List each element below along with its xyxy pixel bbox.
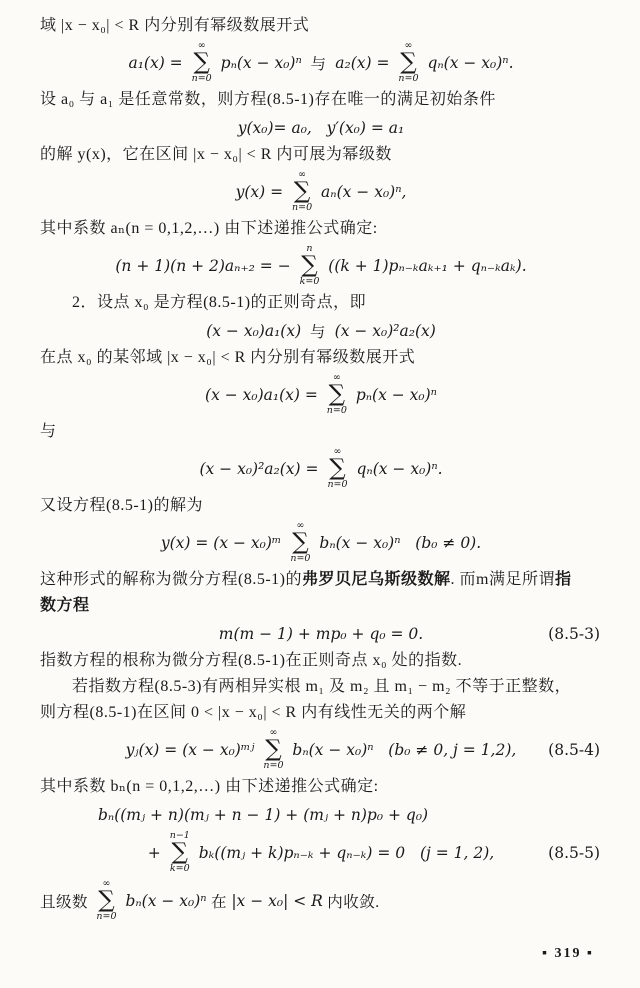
formula-text: m(m − 1) + mp₀ + q₀ = 0.: [219, 625, 423, 643]
summation-symbol: ∞∑n=0: [96, 879, 116, 923]
summation-symbol: ∞∑n=0: [292, 170, 312, 214]
formula-text: pₙ(x − x₀)ⁿ: [351, 386, 437, 404]
formula-line: bₙ((mⱼ + n)(mⱼ + n − 1) + (mⱼ + n)p₀ + q…: [40, 801, 602, 828]
formula-text: 在: [207, 890, 232, 912]
formula-text: (x − x₀)a₁(x) =: [205, 386, 323, 404]
text-run: 又设方程(8.5-1)的解为: [40, 497, 203, 514]
formula-text: bₖ((mⱼ + k)pₙ₋ₖ + qₙ₋ₖ) = 0 (j = 1, 2),: [194, 844, 494, 862]
formula-text: bₙ(x − x₀)ⁿ: [121, 892, 207, 910]
summation-symbol: n−1∑k=0: [170, 831, 190, 875]
formula-line: (x − x₀)²a₂(x) = ∞∑n=0 qₙ(x − x₀)ⁿ.: [40, 446, 602, 492]
text-run: . 而m满足所谓: [451, 571, 555, 588]
content: 域 |x − x₀| < R 内分别有幂级数展开式a₁(x) = ∞∑n=0 p…: [40, 14, 602, 924]
sigma-icon: ∑: [329, 458, 345, 480]
text-run: 弗罗贝尼乌斯级数解: [302, 571, 451, 588]
formula-line: y(x) = (x − x₀)ᵐ ∞∑n=0 bₙ(x − x₀)ⁿ (b₀ ≠…: [40, 520, 602, 566]
sigma-icon: ∑: [329, 384, 345, 406]
summation-symbol: ∞∑n=0: [192, 41, 212, 85]
formula-text: a₂(x) =: [335, 54, 394, 72]
formula-line: + n−1∑k=0 bₖ((mⱼ + k)pₙ₋ₖ + qₙ₋ₖ) = 0 (j…: [40, 830, 602, 876]
formula-text: 与: [301, 320, 335, 342]
formula-line: (x − x₀)a₁(x) 与 (x − x₀)²a₂(x): [40, 317, 602, 344]
formula-text: 且级数: [40, 890, 92, 912]
text-run: 则方程(8.5-1)在区间 0 < |x − x₀| < R 内有线性无关的两个…: [40, 704, 466, 721]
text-run: 其中系数 bₙ(n = 0,1,2,…) 由下述递推公式确定:: [40, 778, 379, 795]
formula-line: a₁(x) = ∞∑n=0 pₙ(x − x₀)ⁿ 与 a₂(x) = ∞∑n=…: [40, 40, 602, 86]
formula-text: 与: [302, 52, 336, 74]
formula-text: bₙ((mⱼ + n)(mⱼ + n − 1) + (mⱼ + n)p₀ + q…: [98, 806, 428, 824]
formula-line: (x − x₀)a₁(x) = ∞∑n=0 pₙ(x − x₀)ⁿ: [40, 372, 602, 418]
text-run: 这种形式的解称为微分方程(8.5-1)的: [40, 571, 302, 588]
sum-lower-limit: n=0: [327, 406, 347, 417]
sum-lower-limit: k=0: [300, 277, 320, 288]
sigma-icon: ∑: [265, 739, 281, 761]
summation-symbol: n∑k=0: [300, 244, 320, 288]
text-run: 设 a₀ 与 a₁ 是任意常数，则方程(8.5-1)存在唯一的满足初始条件: [40, 91, 496, 108]
equation-tag: (8.5-4): [548, 741, 600, 759]
sum-lower-limit: n=0: [192, 74, 212, 85]
formula-text: (x − x₀)²a₂(x) =: [199, 460, 323, 478]
sum-lower-limit: k=0: [170, 864, 190, 875]
text-run: 指: [555, 571, 572, 588]
formula-text: a₁(x) =: [128, 54, 187, 72]
text-run: 在点 x₀ 的某邻域 |x − x₀| < R 内分别有幂级数展开式: [40, 349, 415, 366]
formula-text: 内收敛.: [323, 890, 380, 912]
text-run: 2．设点 x₀ 是方程(8.5-1)的正则奇点，即: [72, 294, 366, 311]
equation-tag: (8.5-5): [548, 844, 600, 862]
text-run: 其中系数 aₙ(n = 0,1,2,…) 由下述递推公式确定:: [40, 220, 378, 237]
formula-line: y(x₀)= a₀, y′(x₀) = a₁: [40, 114, 602, 141]
formula-text: |x − x₀| < R: [231, 892, 323, 910]
sum-lower-limit: n=0: [290, 554, 310, 565]
text-line: 则方程(8.5-1)在区间 0 < |x − x₀| < R 内有线性无关的两个…: [40, 701, 602, 725]
summation-symbol: ∞∑n=0: [327, 447, 347, 491]
sigma-icon: ∑: [292, 532, 308, 554]
text-line: 设 a₀ 与 a₁ 是任意常数，则方程(8.5-1)存在唯一的满足初始条件: [40, 88, 602, 112]
sigma-icon: ∑: [98, 890, 114, 912]
equation-tag: (8.5-3): [548, 625, 600, 643]
text-run: 域 |x − x₀| < R 内分别有幂级数展开式: [40, 17, 309, 34]
text-line: 数方程: [40, 594, 602, 618]
formula-text: (x − x₀)a₁(x): [206, 322, 301, 340]
sum-lower-limit: n=0: [398, 74, 418, 85]
page: 域 |x − x₀| < R 内分别有幂级数展开式a₁(x) = ∞∑n=0 p…: [0, 0, 640, 988]
text-line: 若指数方程(8.5-3)有两相异实根 m₁ 及 m₂ 且 m₁ − m₂ 不等于…: [40, 675, 602, 699]
formula-line: m(m − 1) + mp₀ + q₀ = 0.(8.5-3): [40, 620, 602, 647]
text-run: 若指数方程(8.5-3)有两相异实根 m₁ 及 m₂ 且 m₁ − m₂ 不等于…: [72, 678, 571, 695]
text-line: 在点 x₀ 的某邻域 |x − x₀| < R 内分别有幂级数展开式: [40, 346, 602, 370]
text-run: 数方程: [40, 597, 90, 614]
formula-text: aₙ(x − x₀)ⁿ,: [316, 183, 406, 201]
text-run: 与: [40, 423, 57, 440]
formula-text: y(x) =: [236, 183, 288, 201]
sigma-icon: ∑: [301, 255, 317, 277]
formula-text: qₙ(x − x₀)ⁿ.: [352, 460, 443, 478]
formula-text: (n + 1)(n + 2)aₙ₊₂ = −: [115, 257, 295, 275]
text-line: 其中系数 bₙ(n = 0,1,2,…) 由下述递推公式确定:: [40, 775, 602, 799]
formula-line: (n + 1)(n + 2)aₙ₊₂ = − n∑k=0 ((k + 1)pₙ₋…: [40, 243, 602, 289]
text-run: 的解 y(x)，它在区间 |x − x₀| < R 内可展为幂级数: [40, 146, 392, 163]
sum-lower-limit: n=0: [292, 203, 312, 214]
sigma-icon: ∑: [294, 181, 310, 203]
page-number: ▪ 319 ▪: [542, 946, 594, 962]
sigma-icon: ∑: [172, 842, 188, 864]
formula-text: pₙ(x − x₀)ⁿ: [216, 54, 302, 72]
text-line: 这种形式的解称为微分方程(8.5-1)的弗罗贝尼乌斯级数解. 而m满足所谓指: [40, 568, 602, 592]
sum-lower-limit: n=0: [327, 480, 347, 491]
formula-line: y(x) = ∞∑n=0 aₙ(x − x₀)ⁿ,: [40, 169, 602, 215]
summation-symbol: ∞∑n=0: [263, 728, 283, 772]
text-line: 的解 y(x)，它在区间 |x − x₀| < R 内可展为幂级数: [40, 143, 602, 167]
formula-line: 且级数 ∞∑n=0 bₙ(x − x₀)ⁿ 在 |x − x₀| < R 内收敛…: [40, 878, 602, 924]
formula-text: yⱼ(x) = (x − x₀)ᵐʲ: [126, 741, 260, 759]
text-line: 2．设点 x₀ 是方程(8.5-1)的正则奇点，即: [40, 291, 602, 315]
formula-line: yⱼ(x) = (x − x₀)ᵐʲ ∞∑n=0 bₙ(x − x₀)ⁿ (b₀…: [40, 727, 602, 773]
sum-lower-limit: n=0: [96, 912, 116, 923]
summation-symbol: ∞∑n=0: [398, 41, 418, 85]
formula-text: ((k + 1)pₙ₋ₖaₖ₊₁ + qₙ₋ₖaₖ).: [323, 257, 526, 275]
summation-symbol: ∞∑n=0: [290, 521, 310, 565]
sum-lower-limit: n=0: [263, 761, 283, 772]
formula-text: +: [148, 844, 166, 862]
formula-text: qₙ(x − x₀)ⁿ.: [423, 54, 514, 72]
formula-text: y(x₀)= a₀, y′(x₀) = a₁: [238, 119, 405, 137]
text-line: 与: [40, 420, 602, 444]
sigma-icon: ∑: [193, 52, 209, 74]
text-line: 又设方程(8.5-1)的解为: [40, 494, 602, 518]
text-line: 域 |x − x₀| < R 内分别有幂级数展开式: [40, 14, 602, 38]
formula-text: bₙ(x − x₀)ⁿ (b₀ ≠ 0, j = 1,2),: [287, 741, 516, 759]
text-line: 其中系数 aₙ(n = 0,1,2,…) 由下述递推公式确定:: [40, 217, 602, 241]
text-line: 指数方程的根称为微分方程(8.5-1)在正则奇点 x₀ 处的指数.: [40, 649, 602, 673]
text-run: 指数方程的根称为微分方程(8.5-1)在正则奇点 x₀ 处的指数.: [40, 652, 462, 669]
summation-symbol: ∞∑n=0: [327, 373, 347, 417]
formula-text: bₙ(x − x₀)ⁿ (b₀ ≠ 0).: [314, 534, 481, 552]
formula-text: (x − x₀)²a₂(x): [335, 322, 436, 340]
formula-text: y(x) = (x − x₀)ᵐ: [161, 534, 287, 552]
sigma-icon: ∑: [400, 52, 416, 74]
